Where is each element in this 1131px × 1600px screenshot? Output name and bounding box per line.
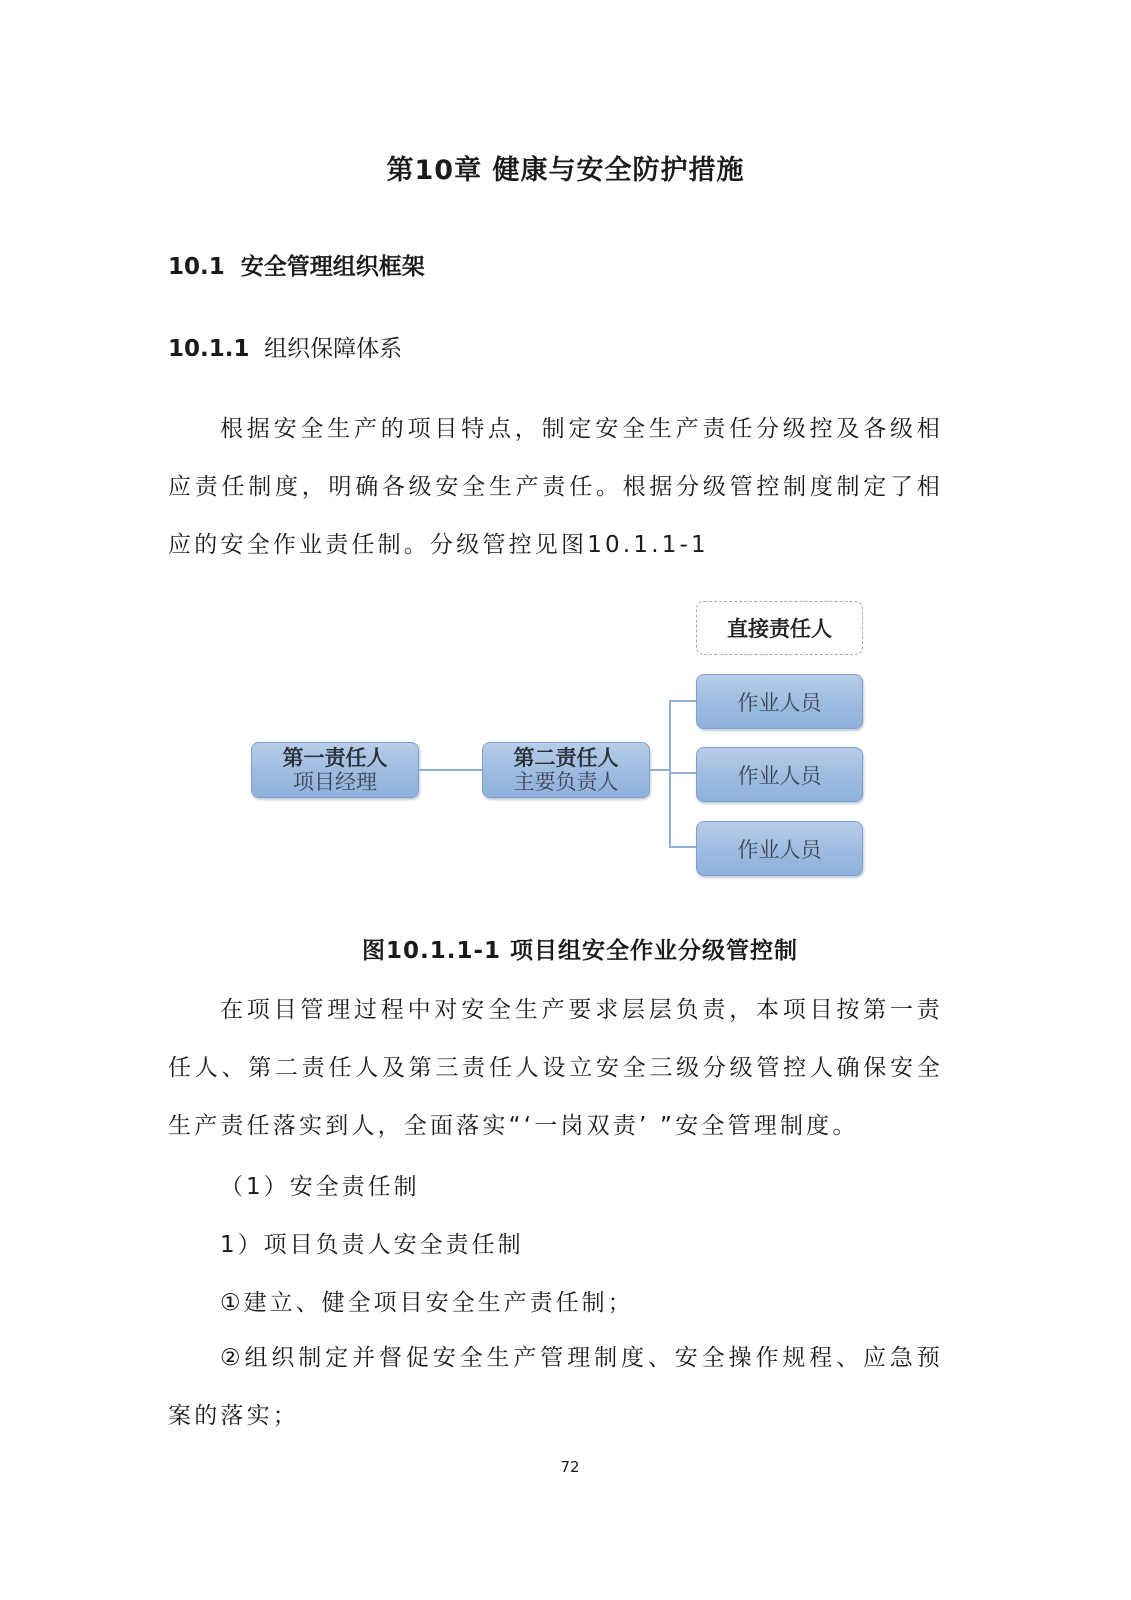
org-diagram: 直接责任人 第一责任人 项目经理 第二责任人 主要负责人 作业人员 作业人员 作…: [0, 0, 1131, 900]
box-second-responsible: 第二责任人 主要负责人: [482, 742, 650, 798]
connector-line: [669, 772, 696, 774]
list-heading-1: （1）安全责任制: [220, 1168, 420, 1201]
second-subtitle: 主要负责人: [514, 770, 619, 794]
figure-caption: 图10.1.1-1 项目组安全作业分级管控制: [0, 932, 1131, 965]
first-subtitle: 项目经理: [293, 770, 377, 794]
list-item-1: ①建立、健全项目安全生产责任制；: [220, 1284, 634, 1317]
connector-trunk: [669, 700, 671, 848]
first-title: 第一责任人: [283, 746, 388, 770]
paragraph-responsibility: 在项目管理过程中对安全生产要求层层负责，本项目按第一责任人、第二责任人及第三责任…: [168, 981, 943, 1155]
page-number: 72: [0, 1458, 1131, 1476]
legend-direct-responsible: 直接责任人: [696, 601, 863, 655]
box-worker-2: 作业人员: [696, 747, 863, 802]
list-subheading-1: 1）项目负责人安全责任制: [220, 1226, 524, 1259]
list-item-2: ②组织制定并督促安全生产管理制度、安全操作规程、应急预案的落实；: [168, 1329, 943, 1445]
connector-line: [669, 846, 696, 848]
box-worker-1: 作业人员: [696, 674, 863, 729]
connector-line: [648, 769, 670, 771]
connector-line: [418, 769, 482, 771]
box-first-responsible: 第一责任人 项目经理: [251, 742, 419, 798]
connector-line: [669, 700, 696, 702]
second-title: 第二责任人: [514, 746, 619, 770]
box-worker-3: 作业人员: [696, 821, 863, 876]
